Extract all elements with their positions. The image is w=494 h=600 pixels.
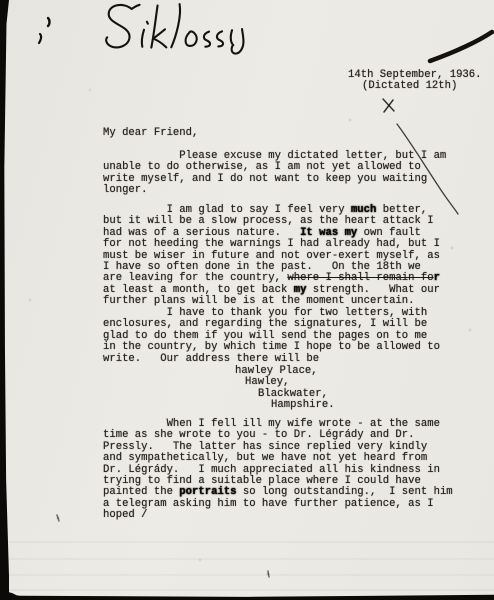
text-line: write. Our address there will be [103, 354, 440, 365]
text-segment: are leaving for the country, [103, 272, 287, 284]
text-segment: in the country, by which time I hope to … [103, 341, 440, 353]
address-block: hawley Place,Hawley,Blackwater,Hampshire… [235, 366, 335, 412]
text-segment: but it will be a slow process, as the he… [103, 215, 434, 227]
text-segment: It was my [300, 227, 357, 239]
text-segment: longer. [103, 184, 148, 196]
paragraph-3: I have to thank you for two letters, wit… [103, 308, 440, 365]
text-segment: portraits [179, 486, 236, 498]
text-segment: write myself, and I do not want to keep … [103, 173, 427, 185]
paragraph-2: I am glad to say I feel very much better… [103, 205, 440, 308]
text-segment: write. Our address there will be [103, 353, 319, 365]
stray-ink-dot [57, 515, 59, 521]
date-block: 14th September, 1936. (Dictated 12th) [348, 70, 482, 93]
text-segment: glad to do them if you will send the pag… [103, 330, 427, 342]
text-segment: enclosures, and regarding the signatures… [103, 318, 427, 330]
text-segment: Pressly. The latter has since replied ve… [103, 441, 427, 453]
text-segment: for not heeding the warnings I had alrea… [103, 238, 440, 250]
text-segment: further plans will be is at the moment u… [103, 295, 415, 307]
paragraph-4: When I fell ill my wife wrote - at the s… [103, 419, 453, 522]
apostrophe-mark-icon [39, 34, 41, 43]
text-segment: where I shall remain fo [287, 272, 433, 284]
apostrophe-mark-icon [48, 18, 50, 26]
text-segment: r [434, 272, 440, 284]
text-segment: and sympathetically, but we have not yet… [103, 452, 427, 464]
text-segment: must be wiser in future and not over-exe… [103, 250, 440, 262]
stray-ink-dot [268, 571, 269, 577]
text-segment: own fault [357, 227, 421, 239]
text-segment: a telegram asking him to have further pa… [103, 498, 434, 510]
text-segment: Hawley, [245, 376, 290, 388]
text-line: Hampshire. [271, 400, 335, 411]
text-segment: Blackwater, [258, 388, 328, 400]
text-segment: so long outstanding., I sent him [237, 486, 453, 498]
text-segment: had was of a serious nature. [103, 227, 300, 239]
text-segment: unable to do otherwise, as I am not yet … [103, 161, 421, 173]
salutation: My dear Friend, [103, 128, 198, 139]
text-segment: Hampshire. [271, 399, 335, 411]
text-line: hoped / [103, 510, 453, 521]
text-line: write myself, and I do not want to keep … [103, 174, 446, 185]
text-line: longer. [103, 185, 446, 196]
text-segment: Dr. Légrády. I much appreciated all his … [103, 464, 440, 476]
text-segment: painted the [103, 486, 179, 498]
letter-scan-page: 14th September, 1936. (Dictated 12th) My… [0, 0, 494, 600]
paragraph-1: Please excuse my dictated letter, but I … [103, 151, 446, 197]
text-segment: hoped / [103, 509, 148, 521]
dictated-note: (Dictated 12th) [362, 81, 482, 92]
text-line: a telegram asking him to have further pa… [103, 499, 453, 510]
text-segment: time as she wrote to you - to Dr. Légrád… [103, 429, 415, 441]
text-line: further plans will be is at the moment u… [103, 296, 440, 307]
